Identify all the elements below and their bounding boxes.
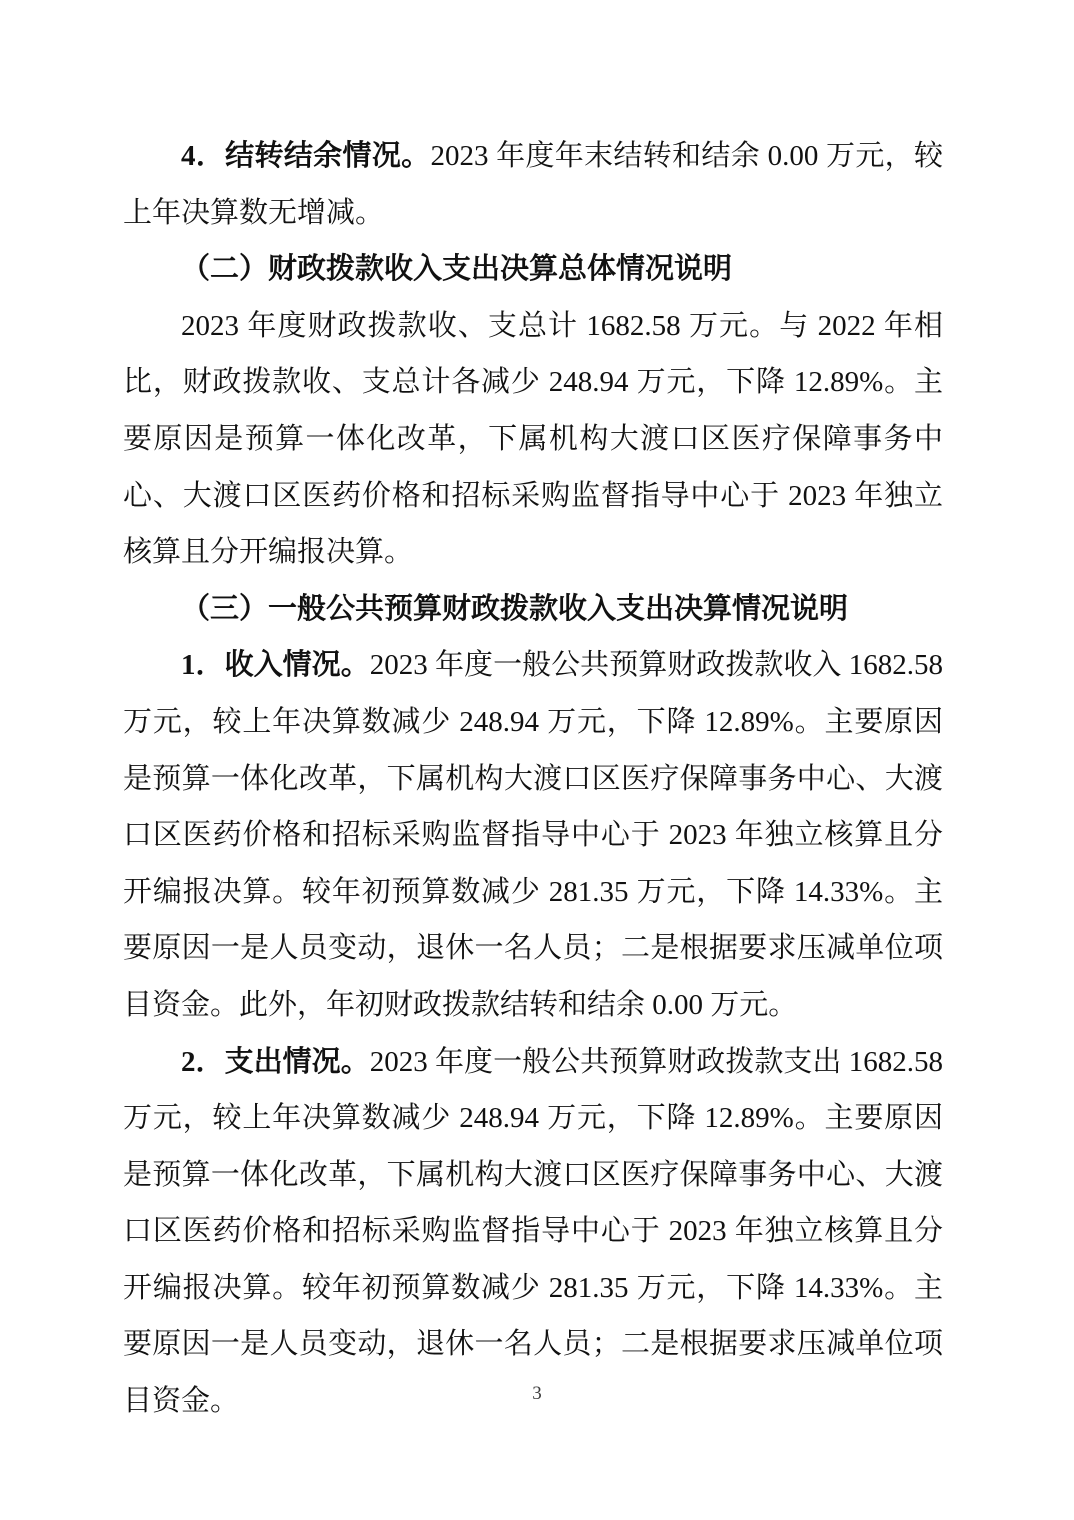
document-page: 4．结转结余情况。2023 年度年末结转和结余 0.00 万元，较上年决算数无增… [0,0,1074,1520]
document-body: 4．结转结余情况。2023 年度年末结转和结余 0.00 万元，较上年决算数无增… [123,128,943,1430]
heading-text: （二）财政拨款收入支出决算总体情况说明 [181,253,732,285]
paragraph-section-2-body: 2023 年度财政拨款收、支总计 1682.58 万元。与 2022 年相比，财… [123,298,943,581]
paragraph-text: 2023 年度一般公共预算财政拨款支出 1682.58 万元，较上年决算数减少 … [123,1046,943,1418]
paragraph-text: 2023 年度财政拨款收、支总计 1682.58 万元。与 2022 年相比，财… [123,310,943,568]
section-2-heading: （二）财政拨款收入支出决算总体情况说明 [123,241,943,298]
heading-text: （三）一般公共预算财政拨款收入支出决算情况说明 [181,593,848,625]
paragraph-text: 2023 年度一般公共预算财政拨款收入 1682.58 万元，较上年决算数减少 … [123,649,943,1021]
paragraph-expenditure: 2．支出情况。2023 年度一般公共预算财政拨款支出 1682.58 万元，较上… [123,1034,943,1430]
paragraph-bold-lead: 4．结转结余情况。 [181,140,431,172]
section-3-heading: （三）一般公共预算财政拨款收入支出决算情况说明 [123,581,943,638]
page-number: 3 [0,1380,1074,1408]
paragraph-income: 1．收入情况。2023 年度一般公共预算财政拨款收入 1682.58 万元，较上… [123,637,943,1033]
paragraph-bold-lead: 1．收入情况。 [181,649,370,681]
paragraph-bold-lead: 2．支出情况。 [181,1046,370,1078]
paragraph-carryover-balance: 4．结转结余情况。2023 年度年末结转和结余 0.00 万元，较上年决算数无增… [123,128,943,241]
